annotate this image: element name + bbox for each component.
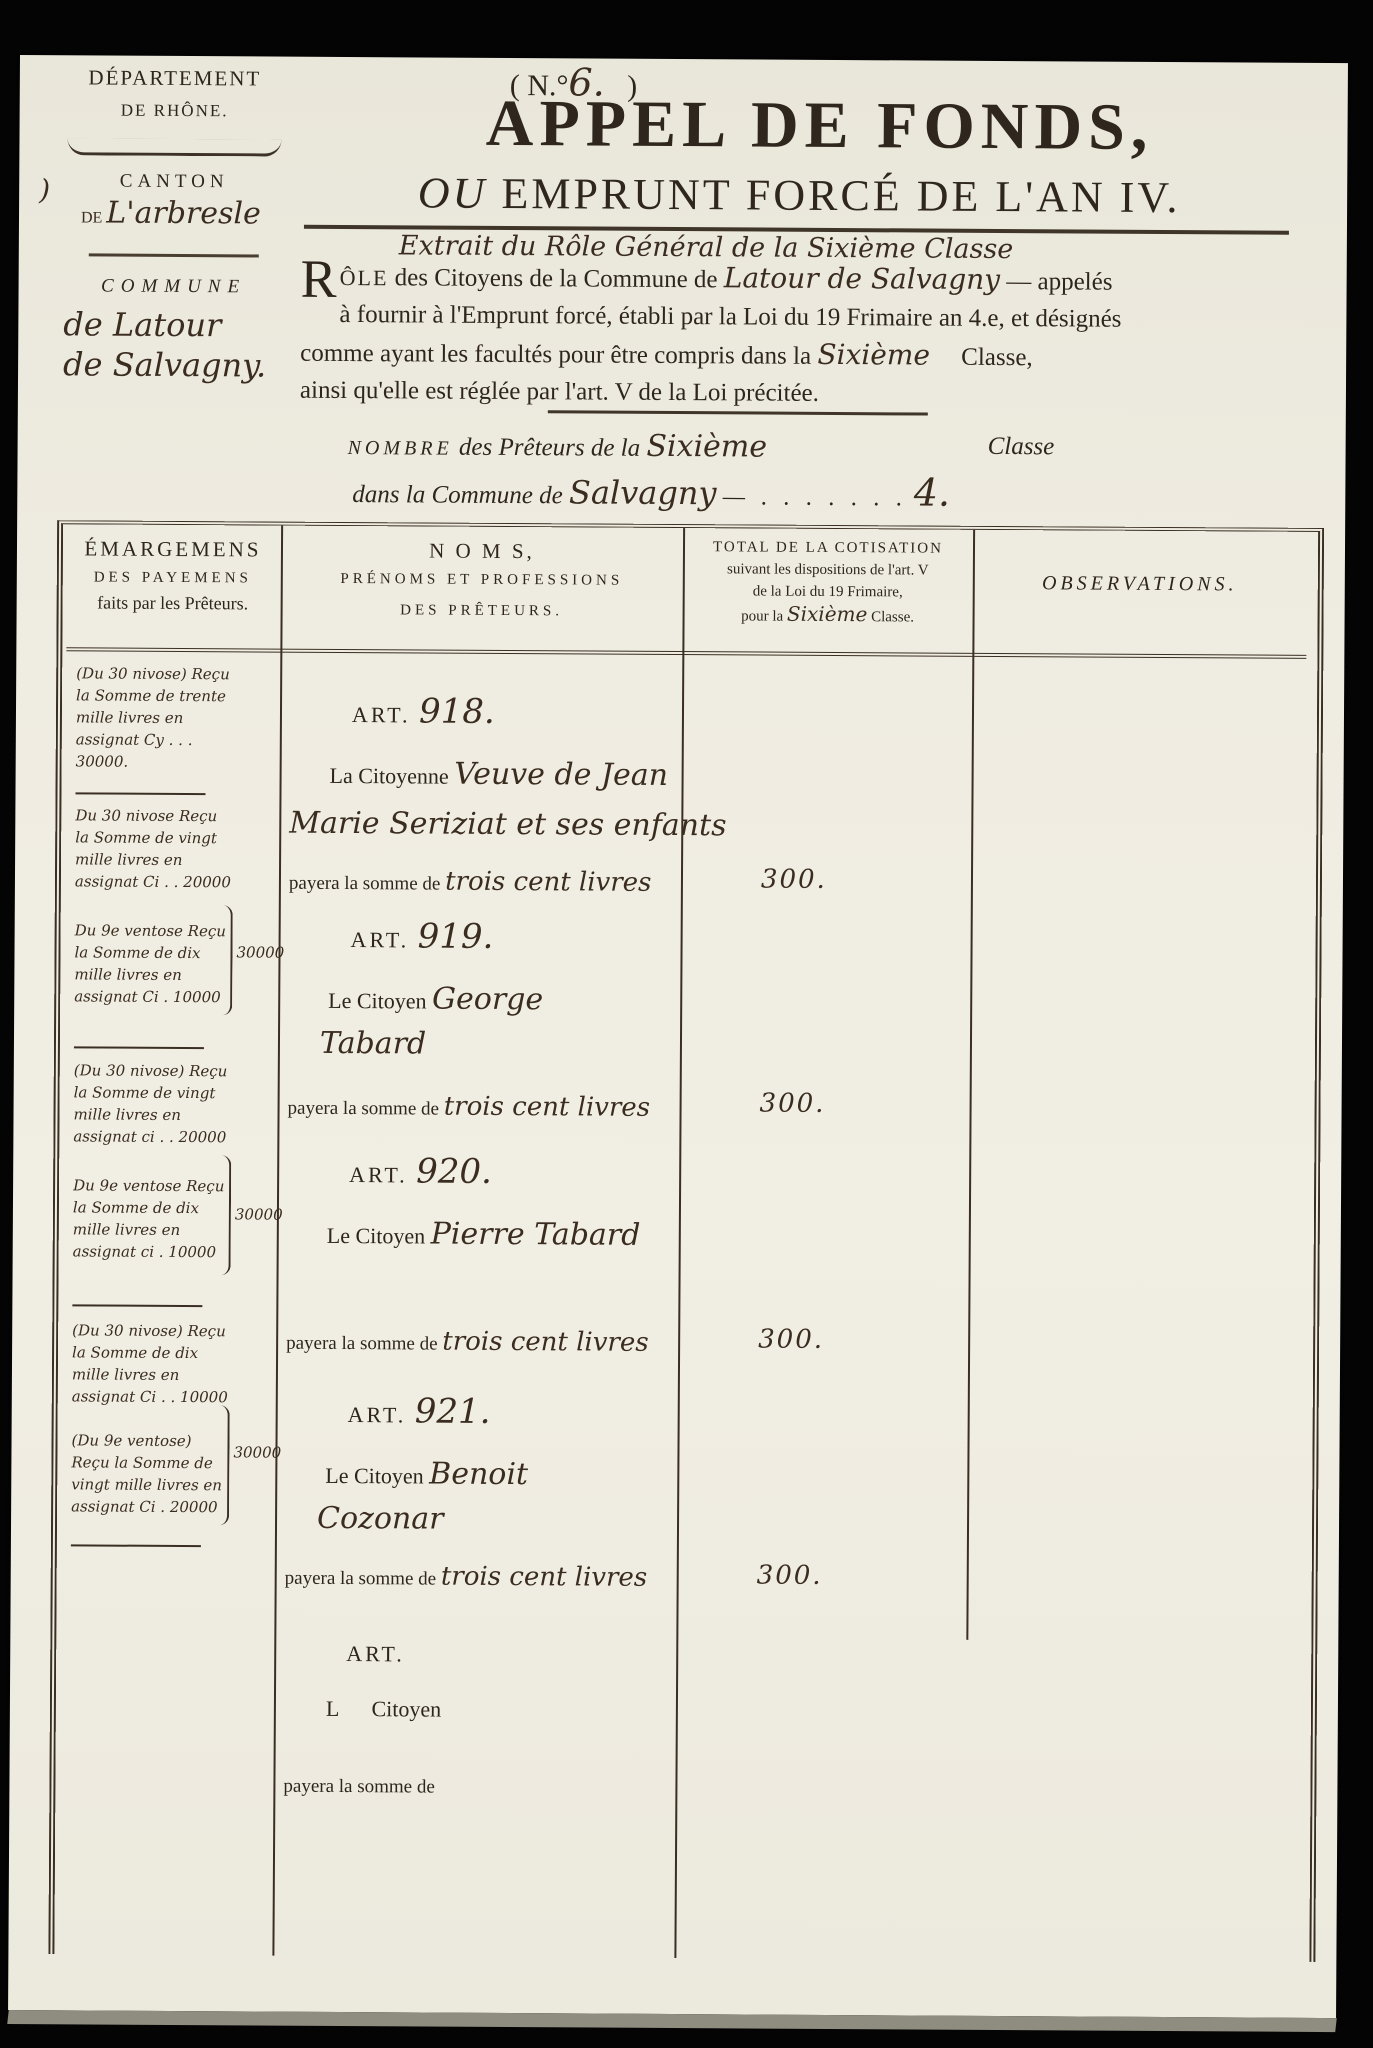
classe-fill: Sixième [817, 338, 930, 372]
header-noms: N O M S, PRÉNOMS ET PROFESSIONS DES PRÊT… [283, 538, 681, 621]
canton-name: L'arbresle [106, 196, 261, 232]
canton-label: CANTON [59, 170, 289, 193]
brace-ornament [219, 1155, 232, 1275]
page-subtitle: OU EMPRUNT FORCÉ DE L'AN IV. [304, 167, 1294, 224]
payera-line: payera la somme de [283, 1776, 435, 1799]
row-rule [74, 1046, 204, 1049]
role-line-1: ÔLE des Citoyens de la Commune de Latour… [301, 257, 1301, 302]
subtitle-ou: OU [418, 168, 488, 217]
header-emargemens: ÉMARGEMENS DES PAYEMENS faits par les Pr… [67, 536, 279, 614]
document-page: ) DÉPARTEMENT DE RHÔNE. CANTON DEL'arbre… [8, 55, 1348, 2018]
nombre-line-2: dans la Commune de Salvagny — . . . . . … [352, 467, 950, 515]
cotisation-amount: 300. [761, 865, 827, 895]
citizen-name: La Citoyenne Veuve de Jean [330, 756, 669, 793]
role-line-3: comme ayant les facultés pour être compr… [300, 333, 1300, 378]
page-title: APPEL DE FONDS, [369, 85, 1269, 166]
commune-value-2: de Salvagny. [63, 345, 303, 384]
column-divider [674, 528, 685, 1958]
payera-line: payera la somme de trois cent livres [285, 1561, 648, 1593]
row-rule [71, 1544, 201, 1547]
header-rule [66, 647, 1306, 659]
article-number: ART. 920. [349, 1151, 492, 1192]
canton-value: DEL'arbresle [81, 195, 311, 231]
commune-fill: Latour de Salvagny [724, 261, 1000, 296]
cotisation-amount: 300. [758, 1325, 824, 1355]
citizen-name: Le Citoyen Benoit [325, 1456, 528, 1492]
column-divider [272, 526, 283, 1956]
citizen-name-2: Tabard [320, 1026, 426, 1062]
citizen-name-2: Marie Seriziat et ses enfants [289, 806, 726, 844]
payera-line: payera la somme de trois cent livres [289, 866, 652, 898]
column-divider [966, 530, 975, 1640]
brace-ornament [67, 138, 281, 156]
cotisation-amount: 300. [757, 1561, 823, 1591]
payment-note: (Du 9e ventose) Reçu la Somme de vingt m… [71, 1429, 232, 1518]
article-number: ART. 921. [348, 1391, 491, 1432]
payment-note: Du 9e ventose Reçu la Somme de dix mille… [73, 1174, 234, 1263]
brace-ornament [220, 905, 233, 1015]
payment-note: Du 30 nivose Reçu la Somme de vingt mill… [75, 804, 236, 893]
ink-mark: ) [39, 173, 50, 206]
lender-count: 4. [914, 470, 951, 514]
article-number: ART. [346, 1641, 405, 1667]
role-line-2: à fournir à l'Emprunt forcé, établi par … [300, 296, 1300, 339]
lenders-table: ÉMARGEMENS DES PAYEMENS faits par les Pr… [48, 520, 1324, 1962]
citizen-name: Le Citoyen George [328, 981, 543, 1017]
header-observations: OBSERVATIONS. [975, 572, 1305, 597]
nombre-line-1: NOMBRE des Prêteurs de la Sixième Classe [348, 427, 768, 465]
row-rule [75, 792, 205, 795]
payment-note: (Du 30 nivose) Reçu la Somme de dix mill… [72, 1319, 233, 1408]
commune-label: COMMUNE [59, 275, 289, 298]
payment-note: (Du 30 nivose) Reçu la Somme de trente m… [76, 662, 237, 773]
payment-note: (Du 30 nivose) Reçu la Somme de vingt mi… [73, 1059, 234, 1148]
classe-fill: Sixième [646, 429, 767, 465]
payera-line: payera la somme de trois cent livres [287, 1091, 650, 1123]
cotisation-amount: 300. [760, 1089, 826, 1119]
drop-cap: R [301, 259, 337, 299]
row-rule [72, 1304, 202, 1307]
citizen-name: L Citoyen [326, 1696, 441, 1723]
role-paragraph: R ÔLE des Citoyens de la Commune de Lato… [300, 257, 1301, 415]
article-number: ART. 918. [352, 691, 495, 732]
citizen-name-2: Cozonar [317, 1501, 444, 1537]
header-total: TOTAL DE LA COTISATION suivant les dispo… [685, 536, 972, 629]
citizen-name: Le Citoyen Pierre Tabard [327, 1216, 641, 1253]
payment-note: Du 9e ventose Reçu la Somme de dix mille… [74, 919, 235, 1008]
payment-total: 30000 [233, 1443, 281, 1461]
departement-label: DÉPARTEMENT [60, 65, 290, 91]
brace-ornament [217, 1405, 230, 1525]
article-number: ART. 919. [351, 916, 494, 957]
commune-fill: Salvagny [569, 473, 717, 512]
canton-prefix: DE [81, 209, 102, 226]
role-line-4: ainsi qu'elle est réglée par l'art. V de… [300, 372, 1300, 415]
departement-value: DE RHÔNE. [60, 100, 290, 121]
divider [89, 253, 259, 257]
commune-value-1: de Latour [63, 305, 293, 344]
payera-line: payera la somme de trois cent livres [286, 1326, 649, 1358]
subtitle-rest: EMPRUNT FORCÉ DE L'AN IV. [501, 169, 1180, 222]
payment-total: 30000 [235, 1205, 283, 1223]
payment-total: 30000 [236, 943, 284, 961]
